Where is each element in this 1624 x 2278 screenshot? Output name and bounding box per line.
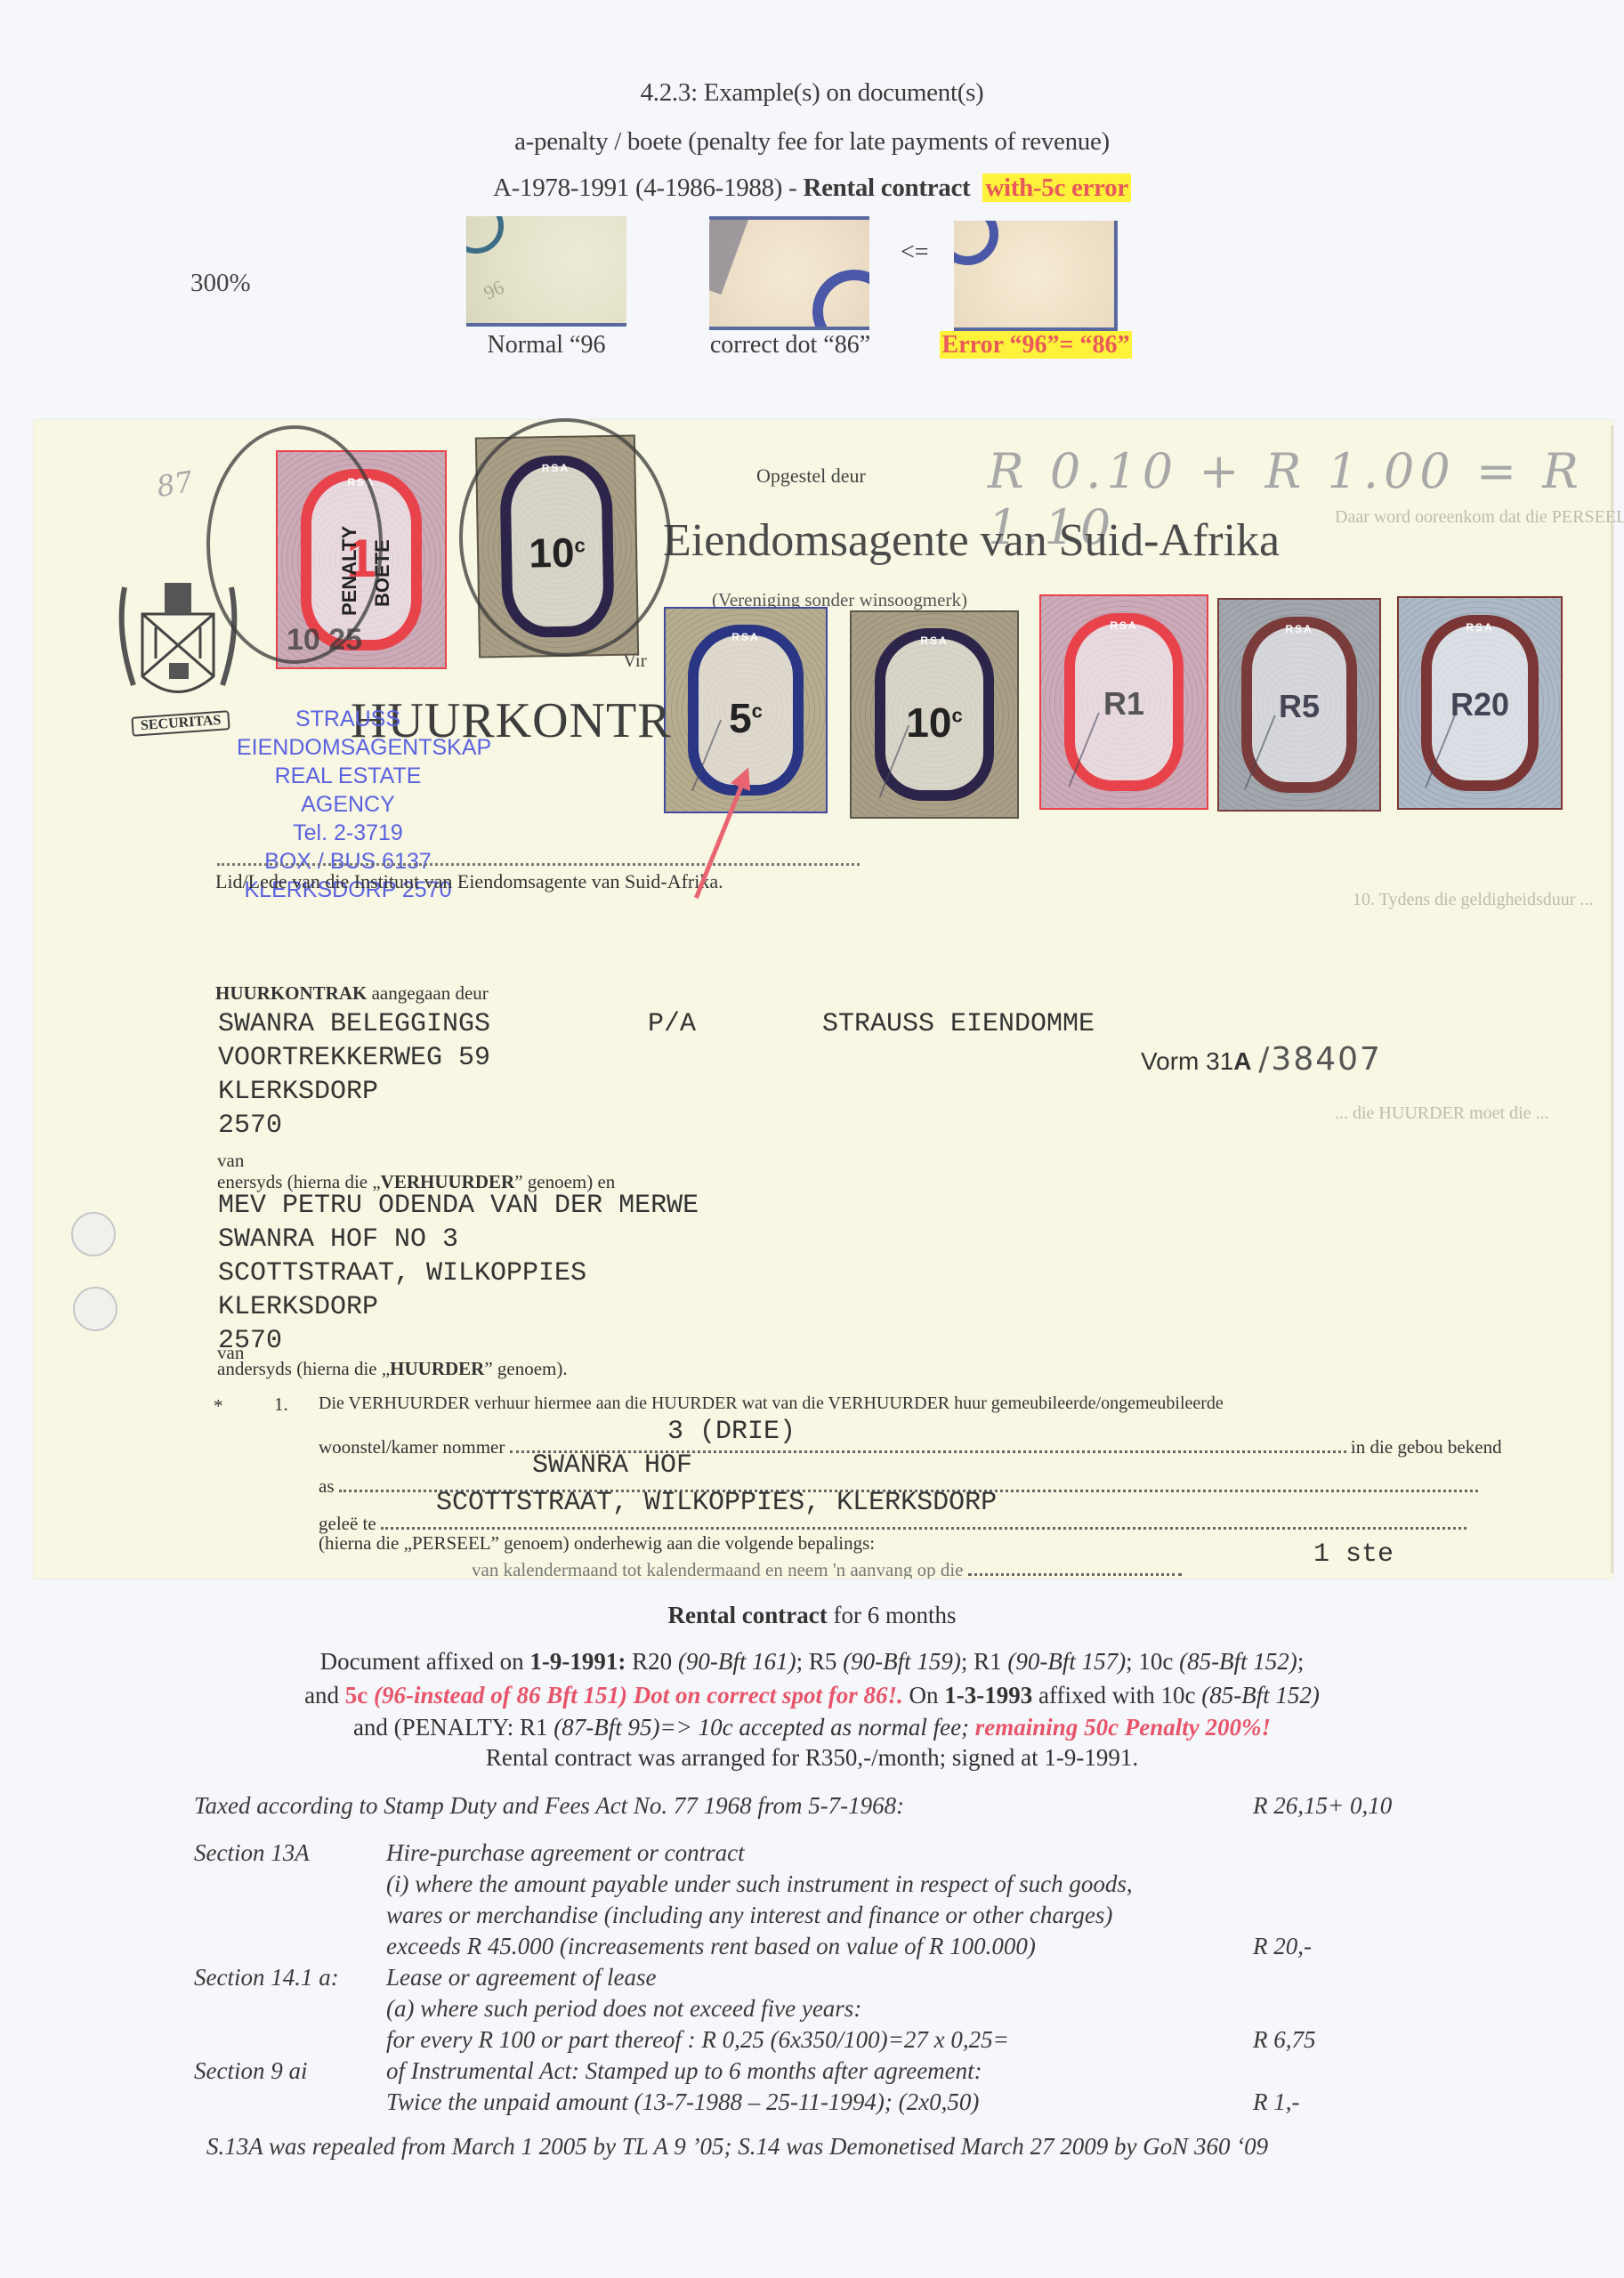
lessor-line-2: VOORTREKKERWEG 59	[218, 1043, 490, 1073]
form-number: Vorm 31A /38407	[1141, 1041, 1382, 1078]
tax-row-text: Lease or agreement of lease	[386, 1964, 656, 1991]
punch-hole-2	[73, 1287, 117, 1331]
signature-dotted-line	[217, 863, 860, 866]
clause-bullet: *	[214, 1395, 223, 1418]
lessor-line-1: SWANRA BELEGGINGS	[218, 1009, 490, 1039]
crop-correct-86	[709, 216, 869, 330]
located-value: SCOTTSTRAAT, WILKOPPIES, KLERKSDORP	[436, 1488, 997, 1518]
tax-row-amount: R 6,75	[1253, 2026, 1316, 2054]
prepared-by-label: Opgestel deur	[756, 464, 866, 488]
tax-heading-amount: R 26,15+ 0,10	[1253, 1792, 1392, 1820]
section-subtitle: a-penalty / boete (penalty fee for late …	[0, 127, 1624, 157]
notes-line-3: and (PENALTY: R1 (87-Bft 95)=> 10c accep…	[0, 1714, 1624, 1741]
tax-row-text: wares or merchandise (including any inte…	[386, 1902, 1112, 1929]
start-date-value: 1 ste	[1313, 1539, 1394, 1570]
punch-hole-1	[71, 1212, 116, 1256]
lessee-line-3: SCOTTSTRAAT, WILKOPPIES	[218, 1258, 586, 1288]
error-highlight: with-5c error	[982, 174, 1131, 202]
perseel-line: (hierna die „PERSEEL” genoem) onderhewig…	[319, 1532, 875, 1555]
as-value: SWANRA HOF	[532, 1450, 692, 1481]
stamp-r5: RSA R5	[1217, 598, 1381, 812]
tax-row-text: Twice the unpaid amount (13-7-1988 – 25-…	[386, 2088, 979, 2116]
tax-footer: S.13A was repealed from March 1 2005 by …	[206, 2133, 1268, 2161]
notes-title: Rental contract for 6 months	[0, 1602, 1624, 1629]
tax-row-section: Section 13A	[194, 1839, 310, 1867]
start-date-row: van kalendermaand tot kalendermaand en n…	[472, 1559, 1182, 1579]
tax-heading: Taxed according to Stamp Duty and Fees A…	[194, 1792, 904, 1820]
crop-normal-96: 96	[466, 216, 626, 327]
tax-row-amount: R 1,-	[1253, 2088, 1299, 2116]
stamp-r1: RSA R1	[1039, 594, 1208, 810]
room-number-row: woonstel/kamer nommer in die gebou beken…	[319, 1436, 1502, 1458]
notes-line-2: and 5c (96-instead of 86 Bft 151) Dot on…	[0, 1682, 1624, 1709]
lessor-line-4: 2570	[218, 1111, 282, 1141]
pencil-note-87: 87	[154, 464, 196, 504]
postmark-2	[459, 418, 671, 657]
lessee-line-4: KLERKSDORP	[218, 1292, 378, 1322]
tax-row-section: Section 9 ai	[194, 2057, 307, 2085]
line3-prefix: A-1978-1991 (4-1986-1988) -	[493, 174, 803, 202]
caption-normal: Normal “96	[431, 331, 662, 359]
tax-row-text: (a) where such period does not exceed fi…	[386, 1995, 861, 2023]
caption-correct: correct dot “86”	[675, 331, 906, 359]
tax-row-amount: R 20,-	[1253, 1933, 1312, 1960]
tax-row-text: exceeds R 45.000 (increasements rent bas…	[386, 1933, 1036, 1960]
pa-label: P/A	[648, 1009, 696, 1039]
clause-1-text: Die VERHUURDER verhuur hiermee aan die H…	[319, 1393, 1224, 1414]
tax-row-text: Hire-purchase agreement or contract	[386, 1839, 745, 1867]
comparison-arrow: <=	[901, 238, 929, 267]
lessee-role: andersyds (hierna die „HUURDER” genoem).	[217, 1358, 568, 1380]
stamp-r20: RSA R20	[1397, 596, 1563, 810]
notes-line-4: Rental contract was arranged for R350,-/…	[0, 1744, 1624, 1772]
van-1: van	[217, 1150, 244, 1172]
crop-error-96-86	[954, 221, 1118, 331]
line3-bold: Rental contract	[803, 174, 970, 202]
tax-row-text: for every R 100 or part thereof : R 0,25…	[386, 2026, 1009, 2054]
lessee-line-2: SWANRA HOF NO 3	[218, 1224, 458, 1255]
postmark-date: 10 25	[287, 623, 362, 658]
contract-intro: HUURKONTRAK aangegaan deur	[215, 982, 489, 1005]
tax-row-text: of Instrumental Act: Stamped up to 6 mon…	[386, 2057, 982, 2085]
caption-error: Error “96”= “86”	[920, 331, 1151, 359]
tax-row-text: (i) where the amount payable under such …	[386, 1870, 1133, 1898]
section-title: 4.2.3: Example(s) on document(s)	[0, 78, 1624, 108]
room-number-value: 3 (DRIE)	[667, 1417, 796, 1447]
notes-line-1: Document affixed on 1-9-1991: R20 (90-Bf…	[0, 1648, 1624, 1676]
magnification-label: 300%	[190, 269, 251, 298]
org-name: Eiendomsagente van Suid-Afrika	[663, 514, 1280, 567]
member-line: Lid/Lede van die Instituut van Eiendomsa…	[215, 870, 723, 893]
stamp-10c-1991: RSA 10c	[850, 610, 1019, 819]
clause-1-number: 1.	[274, 1393, 288, 1416]
section-line3: A-1978-1991 (4-1986-1988) - Rental contr…	[0, 174, 1624, 203]
tax-row-section: Section 14.1 a:	[194, 1964, 339, 1991]
sheet-edge	[1611, 425, 1613, 1573]
lessor-line-3: KLERKSDORP	[218, 1077, 378, 1107]
lessee-line-1: MEV PETRU ODENDA VAN DER MERWE	[218, 1191, 699, 1221]
agent-name: STRAUSS EIENDOMME	[822, 1009, 1095, 1039]
